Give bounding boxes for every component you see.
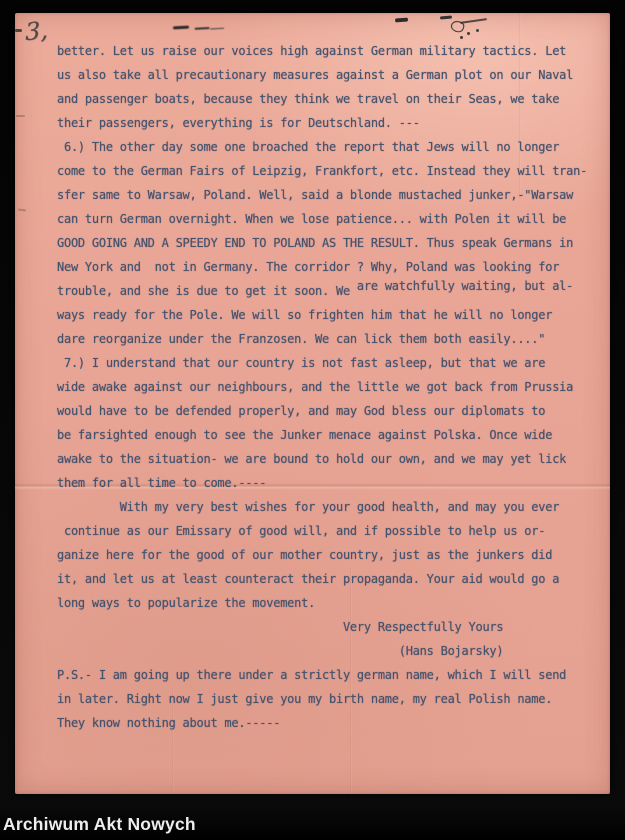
ink-smudge <box>173 26 189 30</box>
letter-line: ways ready for the Pole. We will so frig… <box>57 303 602 327</box>
archive-watermark: Archiwum Akt Nowych <box>3 814 196 835</box>
letter-line: be farsighted enough to see the Junker m… <box>57 423 602 447</box>
letter-line: They know nothing about me.----- <box>57 711 602 735</box>
letter-line: dare reorganize under the Franzosen. We … <box>57 327 602 351</box>
letter-line: GOOD GOING AND A SPEEDY END TO POLAND AS… <box>57 231 602 255</box>
letter-page: 3, better. Let us raise our voices high … <box>15 13 610 794</box>
ink-smudge <box>460 18 487 24</box>
letter-line: Very Respectfully Yours <box>57 615 602 639</box>
letter-line: wide awake against our neighbours, and t… <box>57 375 602 399</box>
letter-line: With my very best wishes for your good h… <box>57 495 602 519</box>
letter-line-segment: trouble, and she is due to get it soon. … <box>57 284 357 298</box>
letter-body: better. Let us raise our voices high aga… <box>57 39 602 735</box>
letter-line: P.S.- I am going up there under a strict… <box>57 663 602 687</box>
letter-line: 7.) I understand that our country is not… <box>57 351 602 375</box>
scanned-letter-view: 3, better. Let us raise our voices high … <box>0 0 625 840</box>
letter-line: New York and not in Germany. The corrido… <box>57 255 602 279</box>
letter-line: and passenger boats, because they think … <box>57 87 602 111</box>
letter-line: in later. Right now I just give you my b… <box>57 687 602 711</box>
letter-line: 6.) The other day some one broached the … <box>57 135 602 159</box>
ink-smudge <box>467 32 470 35</box>
letter-line: long ways to popularize the movement. <box>57 591 602 615</box>
letter-line-raised-segment: are watchfully waiting, but al- <box>357 279 573 293</box>
pencil-mark <box>16 115 25 117</box>
letter-line: can turn German overnight. When we lose … <box>57 207 602 231</box>
letter-line: ganize here for the good of our mother c… <box>57 543 602 567</box>
pencil-mark <box>18 208 26 211</box>
letter-line: them for all time to come.---- <box>57 471 602 495</box>
handwritten-page-number: 3, <box>25 16 49 46</box>
letter-line: us also take all precautionary measures … <box>57 63 602 87</box>
ink-smudge <box>15 29 22 32</box>
letter-line: better. Let us raise our voices high aga… <box>57 39 602 63</box>
letter-line: it, and let us at least counteract their… <box>57 567 602 591</box>
letter-line: their passengers, everything is for Deut… <box>57 111 602 135</box>
letter-line: continue as our Emissary of good will, a… <box>57 519 602 543</box>
letter-line: sfer same to Warsaw, Poland. Well, said … <box>57 183 602 207</box>
letter-line: would have to be defended properly, and … <box>57 399 602 423</box>
ink-smudge <box>440 15 452 19</box>
letter-line: come to the German Fairs of Leipzig, Fra… <box>57 159 602 183</box>
letter-line: trouble, and she is due to get it soon. … <box>57 279 602 303</box>
letter-line: (Hans Bojarsky) <box>57 639 602 663</box>
letter-line: awake to the situation- we are bound to … <box>57 447 602 471</box>
ink-smudge <box>395 18 408 22</box>
